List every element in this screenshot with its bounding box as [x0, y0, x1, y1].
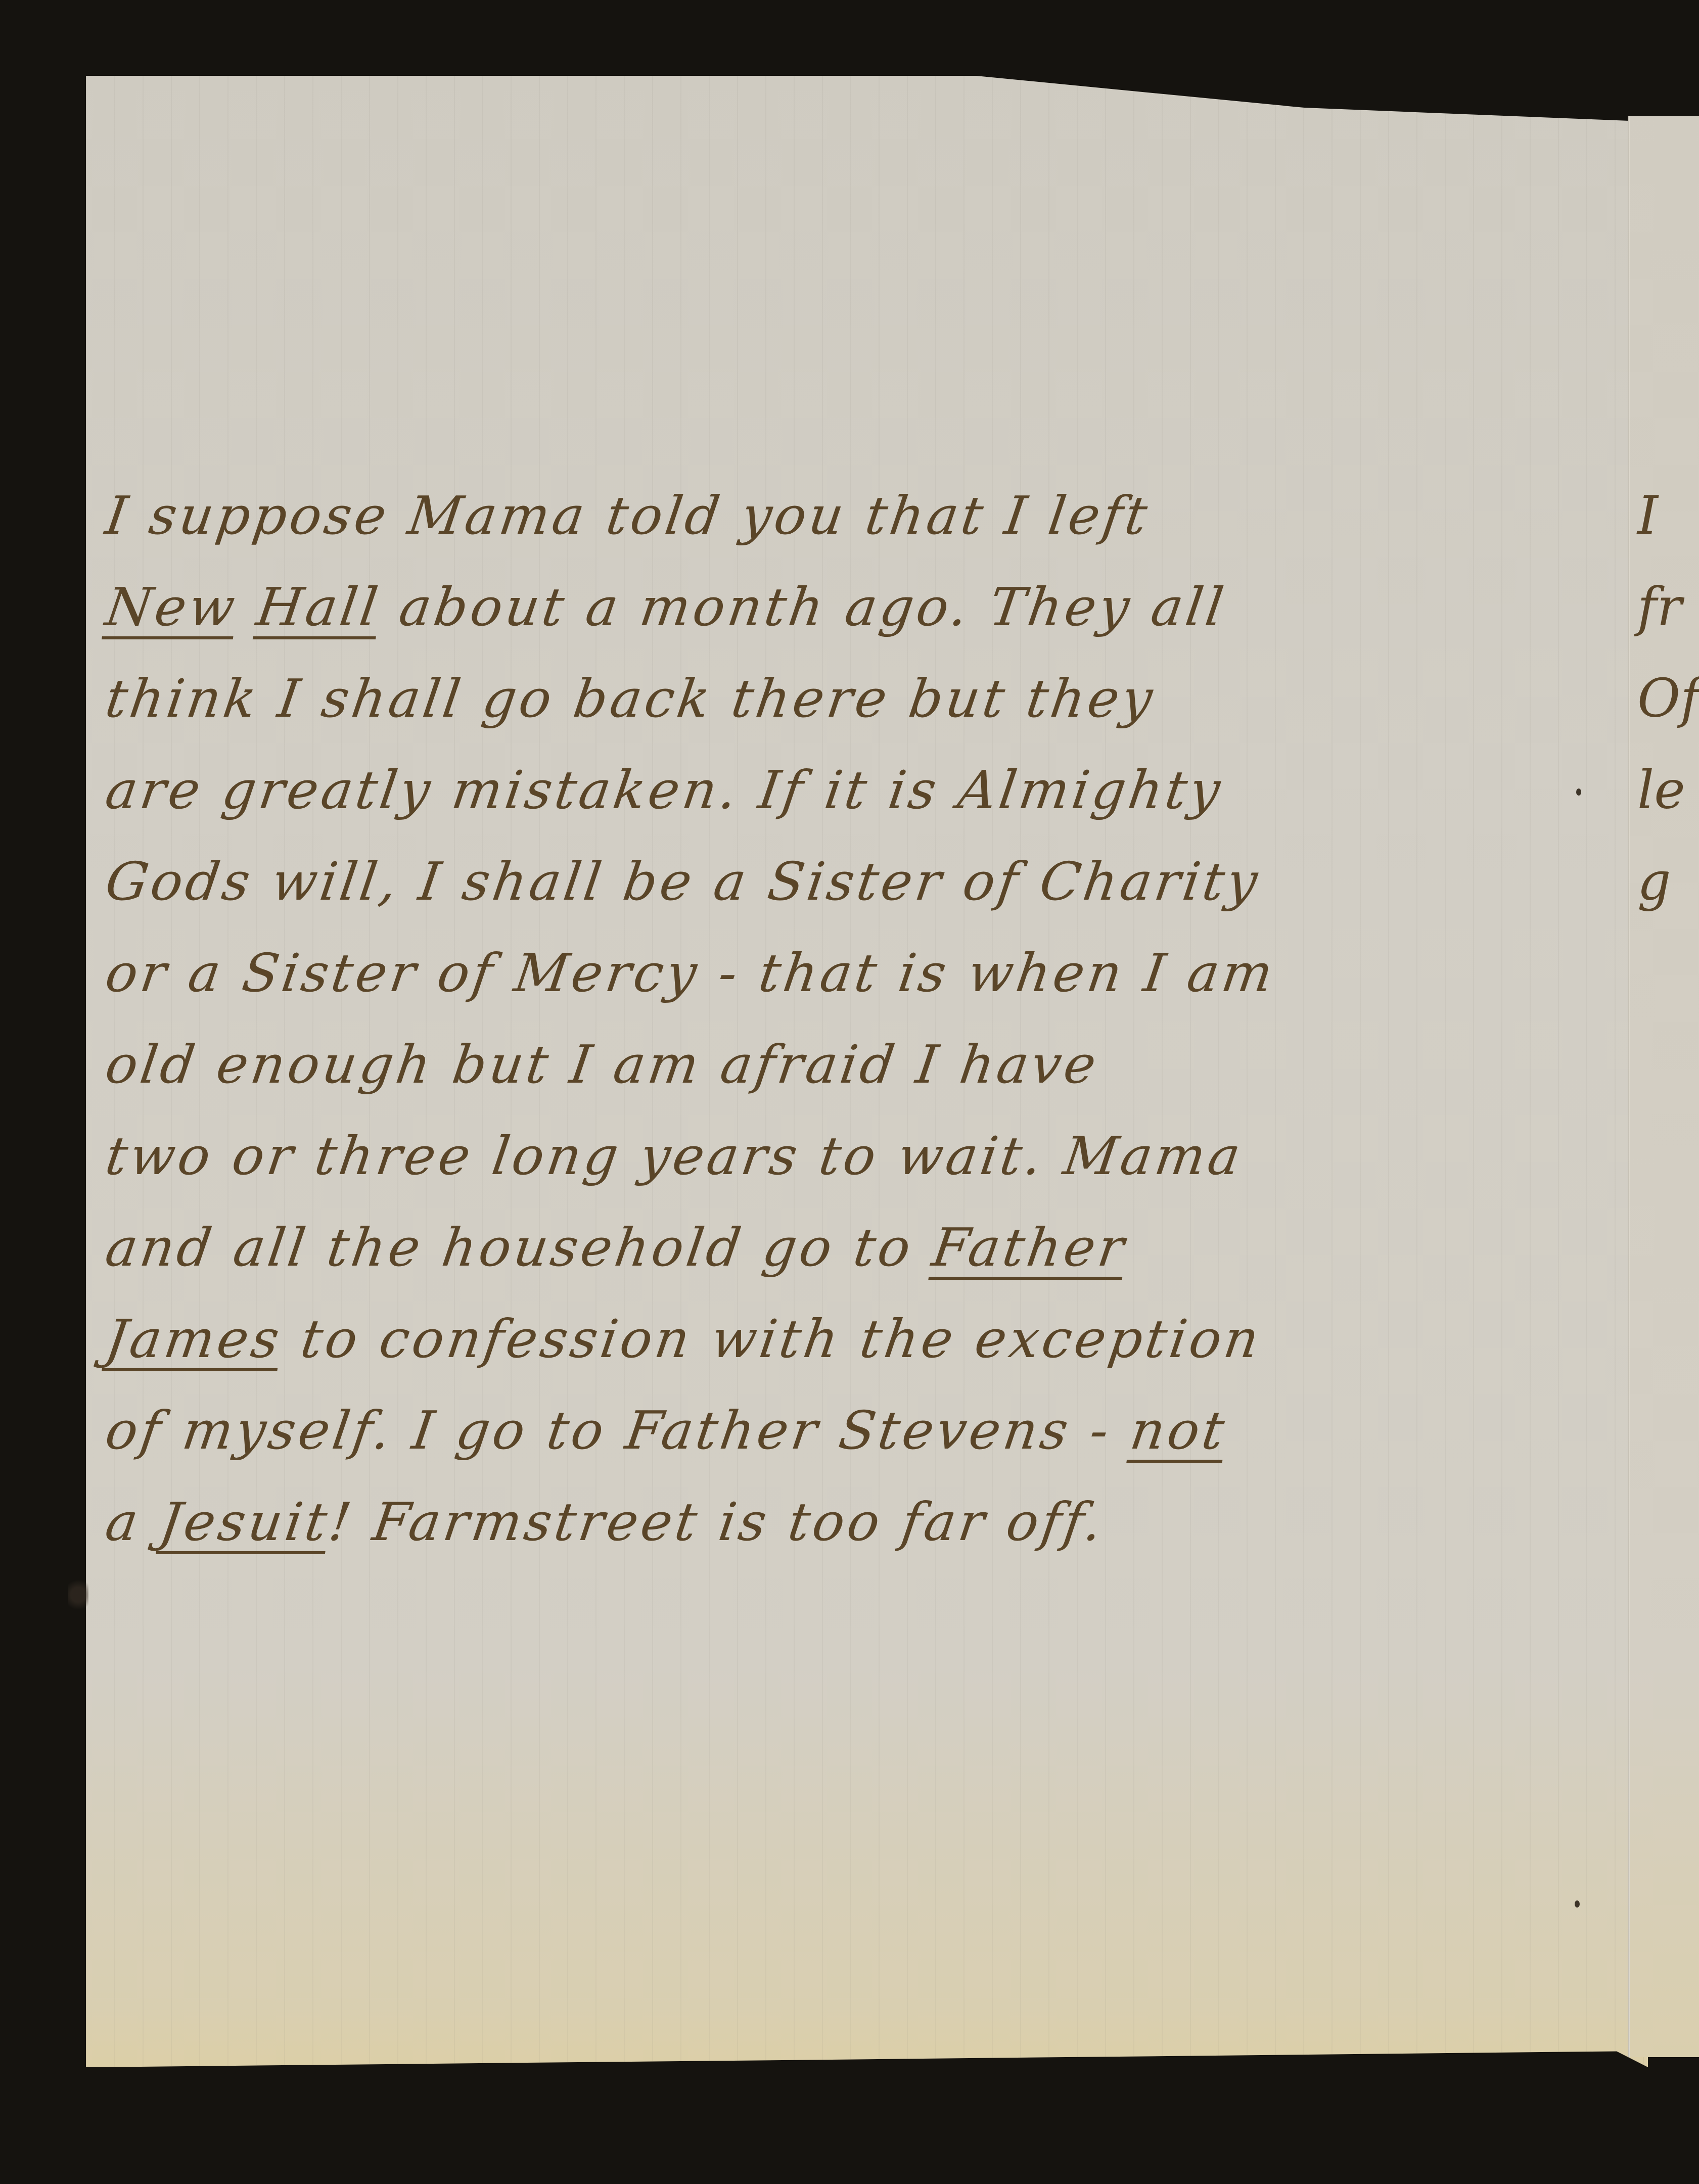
letter-line: two or three long years to wait. Mama: [100, 1110, 1624, 1202]
line-text: think I shall go back there but they: [102, 668, 1159, 729]
line-text: are greatly mistaken. If it is Almighty: [102, 759, 1227, 821]
fragment: le: [1630, 745, 1699, 836]
facing-page-text: I fr Of le g: [1630, 470, 1699, 927]
fragment: Of: [1630, 653, 1699, 745]
line-text: to confession with the exception: [278, 1308, 1266, 1370]
line-text: and all the household go to: [102, 1217, 937, 1278]
fragment: g: [1630, 836, 1699, 927]
line-text: a: [102, 1491, 164, 1553]
line-text: Gods will, I shall be a Sister of Charit…: [102, 851, 1264, 912]
letter-line: or a Sister of Mercy - that is when I am: [100, 927, 1624, 1019]
underlined-word: James: [102, 1308, 286, 1370]
fragment: fr: [1630, 562, 1699, 653]
line-text: I suppose Mama told you that I left: [102, 485, 1154, 546]
facing-page-edge: [1630, 116, 1699, 2057]
letter-line: Gods will, I shall be a Sister of Charit…: [100, 836, 1624, 927]
letter-text: I suppose Mama told you that I left New …: [106, 470, 1618, 1568]
letter-line: old enough but I am afraid I have: [100, 1019, 1624, 1110]
underlined-word: Father: [929, 1217, 1131, 1278]
letter-line: are greatly mistaken. If it is Almighty: [100, 745, 1624, 836]
underlined-word: Hall: [253, 576, 384, 638]
letter-line: a Jesuit! Farmstreet is too far off.: [100, 1476, 1624, 1568]
line-text: old enough but I am afraid I have: [102, 1034, 1103, 1095]
line-text: or a Sister of Mercy - that is when I am: [102, 942, 1279, 1004]
line-text: two or three long years to wait. Mama: [102, 1125, 1247, 1187]
underlined-word: Jesuit: [156, 1491, 334, 1553]
letter-line: New Hall about a month ago. They all: [100, 562, 1624, 653]
line-text: of myself. I go to Father Stevens -: [102, 1400, 1135, 1461]
letter-line: James to confession with the exception: [100, 1293, 1624, 1385]
line-text: about a month ago. They all: [376, 576, 1230, 638]
fragment: I: [1630, 470, 1699, 562]
ink-speck: [1576, 788, 1581, 796]
line-text: ! Farmstreet is too far off.: [325, 1491, 1109, 1553]
underlined-word: not: [1127, 1400, 1231, 1461]
ink-stain: [68, 1572, 88, 1617]
underlined-word: New: [102, 576, 242, 638]
ink-speck: [1575, 1900, 1580, 1908]
letter-line: and all the household go to Father: [100, 1202, 1624, 1293]
letter-line: think I shall go back there but they: [100, 653, 1624, 745]
letter-line: I suppose Mama told you that I left: [100, 470, 1624, 562]
letter-line: of myself. I go to Father Stevens - not: [100, 1385, 1624, 1476]
